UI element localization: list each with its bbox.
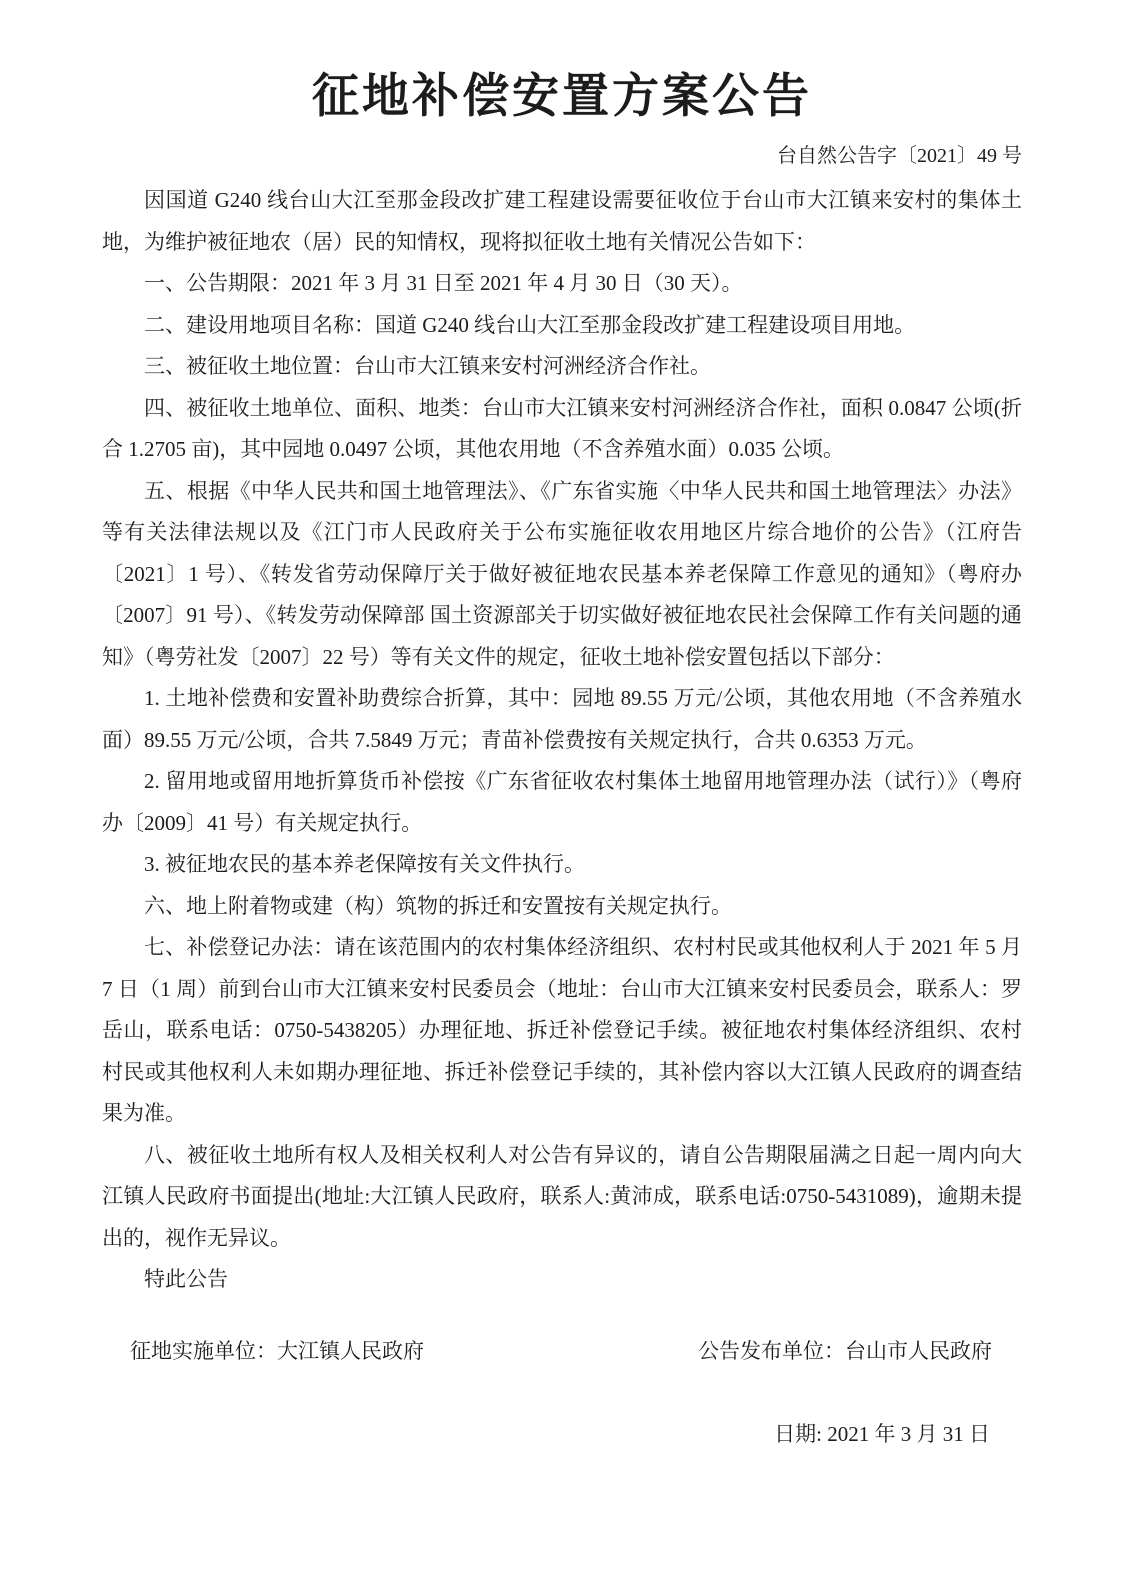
item-7-registration: 七、补偿登记办法：请在该范围内的农村集体经济组织、农村村民或其他权利人于 202… — [102, 927, 1022, 1135]
document-body: 因国道 G240 线台山大江至那金段改扩建工程建设需要征收位于台山市大江镇来安村… — [102, 180, 1022, 1301]
closing-text: 特此公告 — [102, 1259, 1022, 1301]
item-5-sub-3-pension: 3. 被征地农民的基本养老保障按有关文件执行。 — [102, 844, 1022, 886]
item-1-notice-period: 一、公告期限：2021 年 3 月 31 日至 2021 年 4 月 30 日（… — [102, 263, 1022, 305]
item-5-sub-2-reserved-land: 2. 留用地或留用地折算货币补偿按《广东省征收农村集体土地留用地管理办法（试行）… — [102, 761, 1022, 844]
intro-paragraph: 因国道 G240 线台山大江至那金段改扩建工程建设需要征收位于台山市大江镇来安村… — [102, 180, 1022, 263]
announcement-document: 征地补偿安置方案公告 台自然公告字〔2021〕49 号 因国道 G240 线台山… — [0, 0, 1122, 1587]
publish-unit-value: 台山市人民政府 — [845, 1339, 992, 1363]
date: 日期: 2021 年 3 月 31 日 — [102, 1414, 990, 1456]
item-2-project-name: 二、建设用地项目名称：国道 G240 线台山大江至那金段改扩建工程建设项目用地。 — [102, 305, 1022, 347]
doc-number: 台自然公告字〔2021〕49 号 — [102, 143, 1022, 169]
item-8-objection: 八、被征收土地所有权人及相关权利人对公告有异议的，请自公告期限届满之日起一周内向… — [102, 1135, 1022, 1260]
implement-unit-label: 征地实施单位： — [130, 1339, 277, 1363]
item-6-attachments: 六、地上附着物或建（构）筑物的拆迁和安置按有关规定执行。 — [102, 886, 1022, 928]
page-title: 征地补偿安置方案公告 — [102, 68, 1022, 126]
item-4-land-area: 四、被征收土地单位、面积、地类：台山市大江镇来安村河洲经济合作社，面积 0.08… — [102, 388, 1022, 471]
implement-unit-value: 大江镇人民政府 — [277, 1339, 424, 1363]
implement-unit: 征地实施单位：大江镇人民政府 — [130, 1331, 424, 1373]
item-5-sub-1-compensation-fees: 1. 土地补偿费和安置补助费综合折算，其中：园地 89.55 万元/公顷，其他农… — [102, 678, 1022, 761]
publish-unit-label: 公告发布单位： — [698, 1339, 845, 1363]
item-5-legal-basis: 五、根据《中华人民共和国土地管理法》、《广东省实施〈中华人民共和国土地管理法〉办… — [102, 471, 1022, 679]
publish-unit: 公告发布单位：台山市人民政府 — [698, 1331, 992, 1373]
signature-row: 征地实施单位：大江镇人民政府 公告发布单位：台山市人民政府 — [102, 1331, 1022, 1373]
item-3-land-location: 三、被征收土地位置：台山市大江镇来安村河洲经济合作社。 — [102, 346, 1022, 388]
